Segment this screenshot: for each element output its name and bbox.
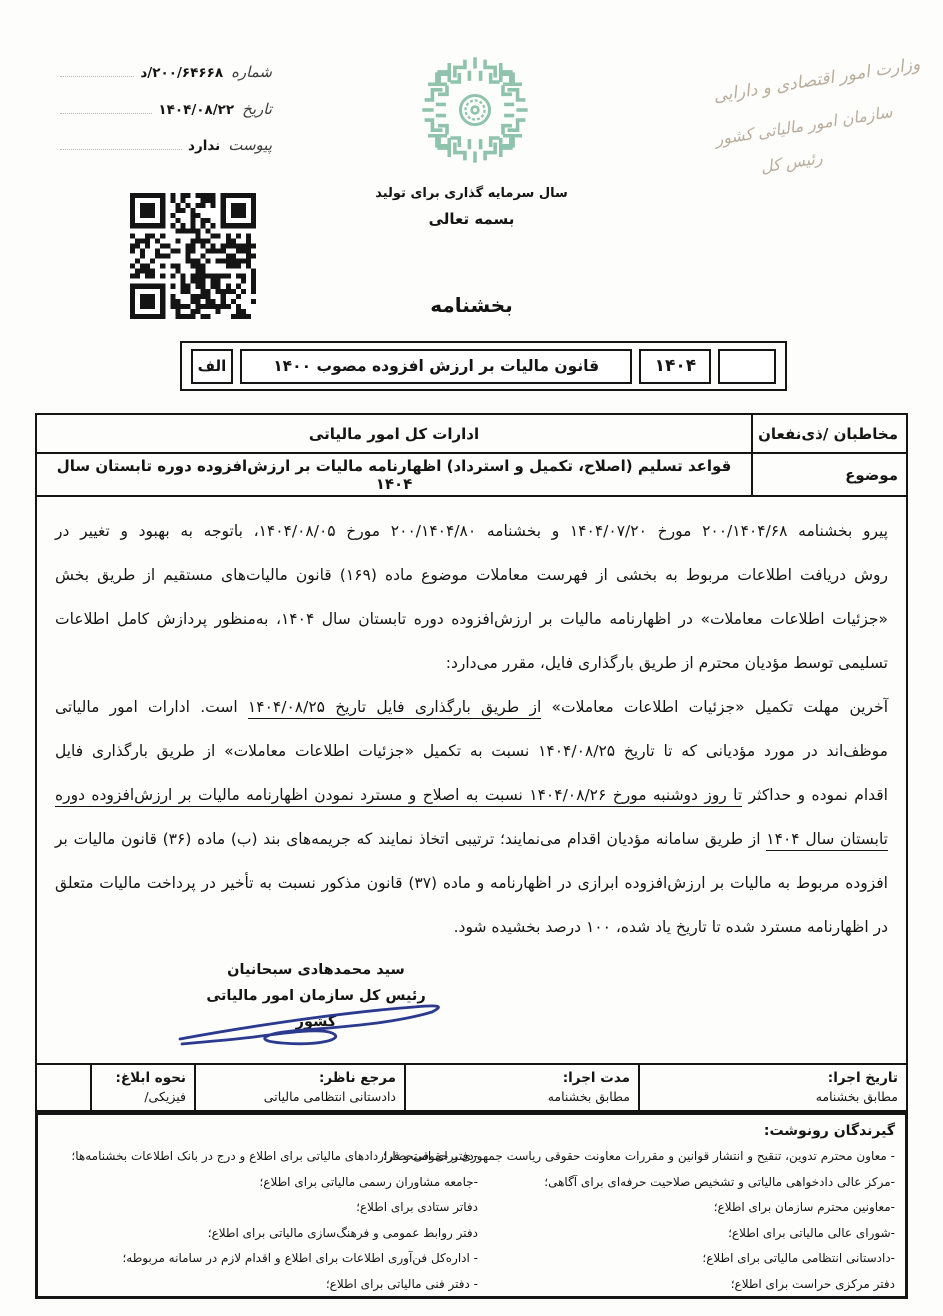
ministry-name: وزارت امور اقتصادی و دارایی (712, 54, 921, 106)
classification-box: ۱۴۰۴ قانون مالیات بر ارزش افزوده مصوب ۱۴… (180, 341, 787, 391)
dotted-line (60, 62, 134, 77)
recipients-left-column: -دفتر حقوقی و قراردادهای مالیاتی برای اط… (48, 1144, 478, 1297)
main-table: مخاطبان /ذی‌نفعان ادارات کل امور مالیاتی… (35, 413, 908, 1112)
body-text-line: آخرین مهلت تکمیل «جزئیات اطلاعات معاملات… (55, 685, 888, 729)
execution-date-cell: تاریخ اجرا: مطابق بخشنامه (638, 1065, 906, 1110)
copy-recipients-columns: - معاون محترم تدوین، تنقیح و انتشار قوان… (48, 1142, 895, 1292)
document-type-title: بخشنامه (0, 293, 943, 317)
circular-document-page: وزارت امور اقتصادی و دارایی سازمان امور … (0, 0, 943, 1316)
body-text-line: «جزئیات اطلاعات معاملات» در اظهارنامه ما… (55, 597, 888, 641)
classification-empty-cell (718, 349, 776, 384)
body-text-line: تسلیمی توسط مؤدیان محترم از طریق بارگذار… (55, 641, 888, 685)
classification-letter-cell: الف (191, 349, 233, 384)
tax-administration-emblem-icon (418, 54, 532, 166)
recipient-item: -شورای عالی مالیاتی برای اطلاع؛ (465, 1221, 895, 1247)
notification-method-value: فیزیکی/ سیستمی (96, 1088, 186, 1110)
body-text: پیرو بخشنامه ۲۰۰/۱۴۰۴/۶۸ مورخ ۱۴۰۴/۰۷/۲۰… (55, 509, 888, 949)
letter-number-row: شماره ۲۰۰/۶۴۶۶۸/د (60, 62, 272, 81)
subject-row: موضوع قواعد تسلیم (اصلاح، تکمیل و استردا… (35, 452, 908, 495)
recipient-item: -دفتر حقوقی و قراردادهای مالیاتی برای اط… (48, 1144, 478, 1170)
execution-date-label: تاریخ اجرا: (644, 1068, 898, 1088)
recipient-item: -جامعه مشاوران رسمی مالیاتی برای اطلاع؛ (48, 1170, 478, 1196)
body-text-line: افزوده مربوط به مالیات بر ارزش‌افزوده اب… (55, 861, 888, 905)
recipient-item: دفتر مرکزی حراست برای اطلاع؛ (465, 1272, 895, 1298)
audience-value: ادارات کل امور مالیاتی (37, 415, 751, 452)
audience-label: مخاطبان /ذی‌نفعان (751, 415, 906, 452)
letter-date-value: ۱۴۰۴/۰۸/۲۲ (158, 102, 234, 118)
dotted-line (60, 135, 182, 150)
copy-recipients-box: گیرندگان رونوشت: - معاون محترم تدوین، تن… (35, 1112, 908, 1299)
classification-year-cell: ۱۴۰۴ (639, 349, 711, 384)
recipient-item: -مرکز عالی دادخواهی مالیاتی و تشخیص صلاح… (465, 1170, 895, 1196)
notification-method-cell: نحوه ابلاغ: فیزیکی/ سیستمی (90, 1065, 194, 1110)
execution-date-value: مطابق بخشنامه (644, 1088, 898, 1106)
director-general-title: رئیس کل (759, 148, 823, 177)
execution-info-row: تاریخ اجرا: مطابق بخشنامه مدت اجرا: مطاب… (35, 1065, 908, 1112)
ministry-letterhead: وزارت امور اقتصادی و دارایی سازمان امور … (650, 46, 930, 196)
circular-body: پیرو بخشنامه ۲۰۰/۱۴۰۴/۶۸ مورخ ۱۴۰۴/۰۷/۲۰… (35, 495, 908, 1065)
body-text-line: تابستان سال ۱۴۰۴ از طریق سامانه مؤدیان ا… (55, 817, 888, 861)
recipient-item: - دفتر فنی مالیاتی برای اطلاع؛ (48, 1272, 478, 1298)
letter-attachment-value: ندارد (188, 138, 220, 154)
recipient-item: -دادستانی انتظامی مالیاتی برای اطلاع؛ (465, 1246, 895, 1272)
recipient-item: - اداره‌کل فن‌آوری اطلاعات برای اطلاع و … (48, 1246, 478, 1272)
recipients-right-column: - معاون محترم تدوین، تنقیح و انتشار قوان… (465, 1144, 895, 1297)
classification-law-cell: قانون مالیات بر ارزش افزوده مصوب ۱۴۰۰ (240, 349, 633, 384)
letter-attachment-label: پیوست (228, 136, 272, 154)
body-text-line: اقدام نموده و حداکثر تا روز دوشنبه مورخ … (55, 773, 888, 817)
recipient-item: دفاتر ستادی برای اطلاع؛ (48, 1195, 478, 1221)
body-text-line: روش دریافت اطلاعات مربوط به بخشی از فهرس… (55, 553, 888, 597)
subject-value: قواعد تسلیم (اصلاح، تکمیل و استرداد) اظه… (37, 454, 751, 495)
audience-row: مخاطبان /ذی‌نفعان ادارات کل امور مالیاتی (35, 413, 908, 452)
recipient-item: دفتر روابط عمومی و فرهنگ‌سازی مالیاتی بر… (48, 1221, 478, 1247)
body-text-line: در اظهارنامه مسترد شده تا تاریخ یاد شده،… (55, 905, 888, 949)
signature-ink (174, 997, 466, 1047)
execution-duration-value: مطابق بخشنامه (410, 1088, 630, 1106)
recipient-item: -معاونین محترم سازمان برای اطلاع؛ (465, 1195, 895, 1221)
copy-recipients-header: گیرندگان رونوشت: (48, 1120, 895, 1142)
body-text-line: موظف‌اند در مورد مؤدیانی که تا تاریخ ۱۴۰… (55, 729, 888, 773)
letter-date-label: تاریخ (242, 100, 272, 118)
execution-duration-cell: مدت اجرا: مطابق بخشنامه (404, 1065, 638, 1110)
supervising-authority-value: دادستانی انتظامی مالیاتی (200, 1088, 396, 1106)
letter-attachment-row: پیوست ندارد (60, 135, 272, 154)
organization-name: سازمان امور مالیاتی کشور (714, 102, 894, 149)
signatory-name: سید محمدهادی سبحانیان (191, 957, 441, 983)
letter-date-row: تاریخ ۱۴۰۴/۰۸/۲۲ (60, 98, 272, 117)
body-text-line: پیرو بخشنامه ۲۰۰/۱۴۰۴/۶۸ مورخ ۱۴۰۴/۰۷/۲۰… (55, 509, 888, 553)
dotted-line (60, 98, 152, 113)
info-empty-cell (37, 1065, 90, 1110)
letter-number-value: ۲۰۰/۶۴۶۶۸/د (140, 65, 223, 81)
supervising-authority-cell: مرجع ناظر: دادستانی انتظامی مالیاتی (194, 1065, 404, 1110)
execution-duration-label: مدت اجرا: (410, 1068, 630, 1088)
subject-label: موضوع (751, 454, 906, 495)
letter-number-label: شماره (231, 63, 272, 81)
notification-method-label: نحوه ابلاغ: (96, 1068, 186, 1088)
letter-meta: شماره ۲۰۰/۶۴۶۶۸/د تاریخ ۱۴۰۴/۰۸/۲۲ پیوست… (60, 62, 272, 171)
recipient-item: - معاون محترم تدوین، تنقیح و انتشار قوان… (465, 1144, 895, 1170)
supervising-authority-label: مرجع ناظر: (200, 1068, 396, 1088)
